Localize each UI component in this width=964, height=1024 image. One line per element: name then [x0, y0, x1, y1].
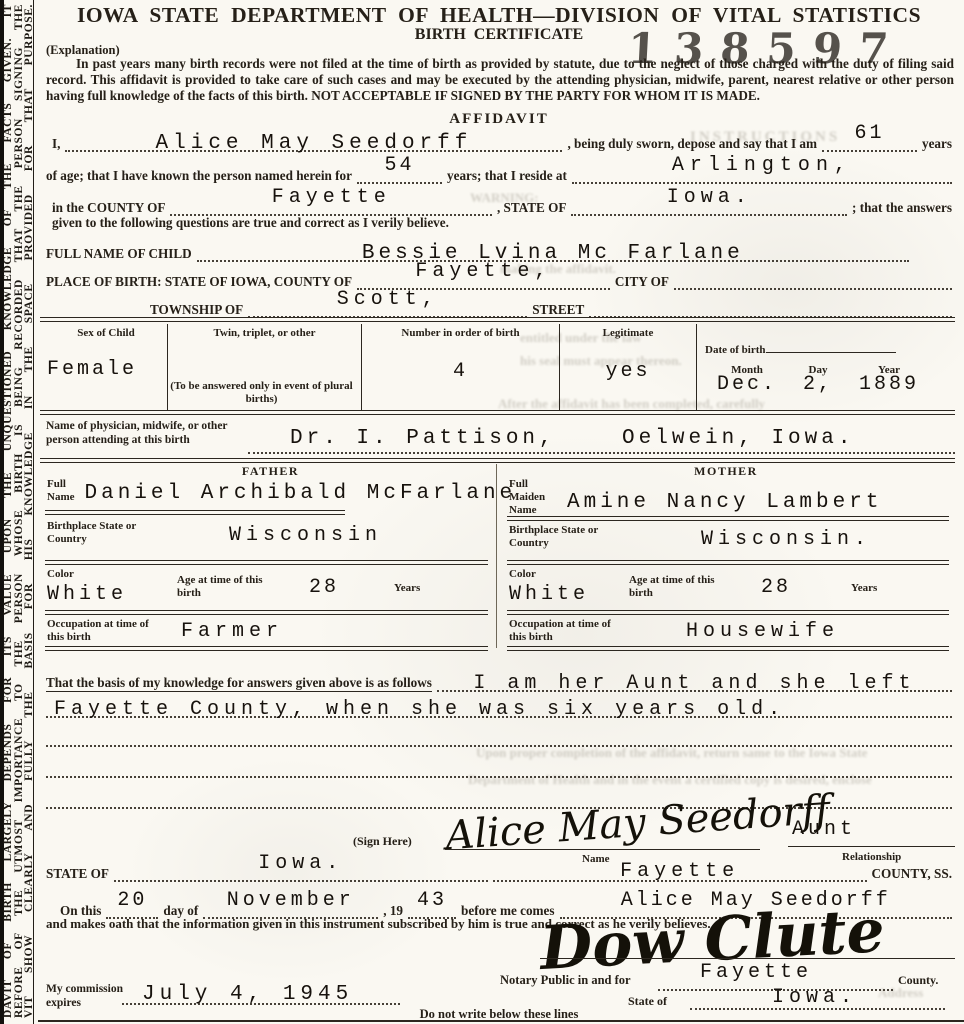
affidavit-line-2: of age; that I have known the person nam…: [46, 156, 952, 184]
child-name-field: Bessie Lvina Mc Farlane: [197, 239, 909, 262]
mother-birthplace-label: Birthplace State or Country: [509, 524, 621, 550]
twin-note: (To be answered only in event of plural …: [168, 380, 355, 406]
notary-public-label: Notary Public in and for: [500, 973, 631, 987]
explanation-label: (Explanation): [46, 43, 120, 57]
father-age-label: Age at time of this birth: [177, 574, 269, 600]
mother-age-unit: Years: [851, 582, 877, 595]
father-heading: FATHER: [45, 464, 496, 479]
age-field: 61: [822, 130, 917, 152]
date-parts: Month Dec. Day 2, Year 1889: [705, 364, 955, 399]
place-of-birth-row: PLACE OF BIRTH: STATE OF IOWA, COUNTY OF…: [46, 264, 952, 290]
mother-heading: MOTHER: [497, 464, 955, 479]
mother-occupation-value: Housewife: [686, 622, 839, 642]
margin-note: DAVIT OF BIRTH LARGELY DEPENDS FOR ITS V…: [3, 0, 35, 1018]
notary-day-value: 20: [117, 891, 147, 911]
township-row: TOWNSHIP OF Scott, STREET: [150, 292, 952, 318]
basis-answer-field: I am her Aunt and she left: [437, 670, 952, 692]
years-known-value: 54: [384, 156, 414, 176]
order-column: Number in order of birth 4: [362, 324, 560, 410]
legitimate-label: Legitimate: [560, 327, 696, 340]
father-birthplace-label: Birthplace State or Country: [47, 520, 159, 546]
known-text: of age; that I have known the person nam…: [46, 169, 352, 184]
mother-color-value: White: [509, 585, 589, 605]
father-name-label: Full Name: [47, 478, 75, 504]
bleedthrough-text: Department of Health and in the event a …: [468, 772, 872, 788]
basis-label: That the basis of my knowledge for answe…: [46, 676, 432, 692]
years-known-field: 54: [357, 162, 442, 184]
sign-here-label: (Sign Here): [353, 835, 412, 848]
notary-county-suffix: County.: [898, 974, 938, 987]
mother-column: MOTHER Full Maiden Name Amine Nancy Lamb…: [497, 464, 955, 648]
basis-answer-line2: Fayette County, when she was six years o…: [54, 700, 785, 720]
reside-text: years; that I reside at: [447, 169, 567, 184]
county-value-2: Fayette: [620, 862, 739, 882]
margin-note-line: DAVIT OF BIRTH LARGELY DEPENDS FOR ITS V…: [3, 4, 14, 1018]
father-name-rule: [45, 510, 345, 515]
street-label: STREET: [532, 303, 584, 318]
state-of-label: , STATE OF: [497, 201, 567, 216]
year-value: 1889: [859, 375, 919, 395]
county-value: Fayette: [272, 188, 391, 208]
i-label: I,: [52, 137, 60, 152]
father-birthplace-row: Birthplace State or Country Wisconsin: [47, 520, 486, 546]
mother-rule: [507, 610, 949, 615]
basis-answer-field-2: Fayette County, when she was six years o…: [46, 696, 952, 718]
order-label: Number in order of birth: [401, 327, 521, 340]
attendant-label: Name of physician, midwife, or other per…: [46, 420, 251, 447]
years-label: years: [922, 137, 952, 152]
relationship-line: [788, 846, 955, 847]
notary-month-value: November: [227, 891, 355, 911]
township-value: Scott,: [337, 290, 439, 310]
father-color-value: White: [47, 585, 127, 605]
order-value: 4: [453, 360, 468, 383]
parents-section: FATHER Full Name Daniel Archibald McFarl…: [45, 464, 955, 648]
mother-color-label: Color: [509, 568, 536, 581]
state-value-2: Iowa.: [258, 854, 343, 874]
mother-occupation-label: Occupation at time of this birth: [509, 618, 621, 644]
twin-label: Twin, triplet, or other: [210, 327, 320, 340]
mother-age-value: 28: [761, 578, 791, 598]
month-stack: Month Dec.: [717, 364, 777, 399]
state-county-row: STATE OF Iowa. Fayette COUNTY, SS.: [46, 860, 952, 882]
bottom-rule: [38, 1020, 964, 1022]
attendant-value: Dr. I. Pattison, Oelwein, Iowa.: [290, 427, 854, 450]
state-field: Iowa.: [571, 194, 847, 216]
father-age-unit: Years: [394, 582, 420, 595]
legitimate-value: yes: [605, 360, 650, 383]
street-field: [589, 296, 952, 318]
relationship-value-wrap: Aunt: [792, 820, 856, 840]
section-rule: [40, 410, 955, 415]
margin-divider-line: [33, 0, 34, 1024]
place-of-birth-label: PLACE OF BIRTH: STATE OF IOWA, COUNTY OF: [46, 275, 352, 290]
father-occupation-row: Occupation at time of this birth Farmer: [47, 618, 486, 644]
father-color-label: Color: [47, 568, 74, 581]
answers-text: ; that the answers: [852, 201, 952, 216]
father-rule: [45, 646, 488, 651]
mother-rule: [507, 646, 949, 651]
notary-county-value: Fayette: [700, 961, 812, 984]
deponent-name-field: Alice May Seedorff: [65, 129, 562, 152]
basis-row: That the basis of my knowledge for answe…: [46, 668, 952, 692]
state-field-2: Iowa.: [114, 860, 488, 882]
notary-state-wrap: Iowa.: [772, 988, 857, 1008]
scanned-birth-certificate: DAVIT OF BIRTH LARGELY DEPENDS FOR ITS V…: [0, 0, 964, 1024]
notary-state-value: Iowa.: [772, 986, 857, 1009]
county-field-2: Fayette: [493, 860, 867, 882]
father-name-value: Daniel Archibald McFarlane: [85, 483, 517, 504]
attendant-value-wrap: Dr. I. Pattison, Oelwein, Iowa.: [290, 428, 854, 449]
order-value-wrap: 4: [362, 362, 559, 382]
affidavit-line-1: I, Alice May Seedorff , being duly sworn…: [52, 122, 952, 152]
commission-date-wrap: July 4, 1945: [142, 984, 353, 1005]
date-label-wrap: Date of birth: [705, 340, 955, 358]
mother-name-label: Full Maiden Name: [509, 478, 557, 517]
child-name-row: FULL NAME OF CHILD Bessie Lvina Mc Farla…: [46, 236, 909, 262]
notary-signature-line: [540, 958, 955, 959]
mother-color-stack: Color White: [509, 568, 589, 603]
section-rule: [40, 458, 955, 463]
sex-column: Sex of Child Female: [45, 324, 168, 410]
section-rule: [40, 317, 955, 322]
month-value: Dec.: [717, 375, 777, 395]
signature-line: [445, 849, 760, 850]
date-of-birth-label: Date of birth: [705, 344, 766, 356]
mother-birthplace-value: Wisconsin.: [701, 530, 871, 550]
blank-line: [46, 776, 952, 778]
legitimate-value-wrap: yes: [560, 362, 696, 382]
answers-text-2: given to the following questions are tru…: [52, 216, 449, 231]
bleedthrough-text: Upon proper completion of the affidavit,…: [476, 745, 867, 761]
mother-name-rule: [507, 516, 949, 521]
notary-year-value: 43: [417, 891, 447, 911]
sex-label: Sex of Child: [76, 327, 136, 340]
affidavit-line-3: in the COUNTY OF Fayette , STATE OF Iowa…: [52, 188, 952, 216]
father-age-value: 28: [309, 578, 339, 598]
sex-value-wrap: Female: [47, 360, 137, 380]
mother-rule: [507, 560, 949, 565]
blank-line: [46, 745, 952, 747]
mother-age-label: Age at time of this birth: [629, 574, 721, 600]
year-stack: Year 1889: [859, 364, 919, 399]
township-label: TOWNSHIP OF: [150, 303, 243, 318]
deponent-name-value: Alice May Seedorff: [156, 133, 473, 154]
father-color-stack: Color White: [47, 568, 127, 603]
explanation-paragraph: In past years many birth records were no…: [46, 56, 954, 103]
county-field: Fayette: [170, 194, 491, 216]
county-ss-label: COUNTY, SS.: [872, 867, 953, 882]
sworn-text: , being duly sworn, depose and say that …: [567, 137, 817, 152]
mother-color-age-row: Color White Age at time of this birth 28…: [509, 568, 949, 603]
father-rule: [45, 560, 488, 565]
father-occupation-label: Occupation at time of this birth: [47, 618, 159, 644]
father-occupation-value: Farmer: [181, 622, 283, 642]
sex-value: Female: [47, 358, 137, 381]
age-value: 61: [854, 124, 884, 144]
twin-column: Twin, triplet, or other (To be answered …: [168, 324, 362, 410]
township-field: Scott,: [248, 296, 527, 318]
county-of-label: in the COUNTY OF: [52, 201, 165, 216]
birth-county-value: Fayette,: [415, 262, 551, 282]
day-value: 2,: [803, 375, 833, 395]
basis-row-2: Fayette County, when she was six years o…: [46, 694, 952, 718]
father-birthplace-value: Wisconsin: [229, 526, 382, 546]
date-label-line: [766, 352, 896, 353]
mother-name-value: Amine Nancy Lambert: [567, 492, 882, 513]
birth-county-field: Fayette,: [357, 268, 610, 290]
city-of-label: CITY OF: [615, 275, 669, 290]
commission-date-value: July 4, 1945: [142, 983, 353, 1006]
notary-county-wrap: Fayette: [700, 963, 812, 983]
day-stack: Day 2,: [803, 364, 833, 399]
legitimate-column: Legitimate yes: [560, 324, 697, 410]
father-color-age-row: Color White Age at time of this birth 28…: [47, 568, 486, 603]
father-name-row: Full Name Daniel Archibald McFarlane: [47, 478, 486, 504]
attendant-line: [248, 452, 955, 454]
birth-details-table: Sex of Child Female Twin, triplet, or ot…: [45, 324, 955, 410]
state-value: Iowa.: [667, 188, 752, 208]
child-name-label: FULL NAME OF CHILD: [46, 247, 192, 262]
basis-answer-line1: I am her Aunt and she left: [473, 674, 915, 694]
mother-name-row: Full Maiden Name Amine Nancy Lambert: [509, 478, 949, 517]
mother-birthplace-row: Birthplace State or Country Wisconsin.: [509, 524, 949, 550]
residence-field: Arlington,: [572, 162, 952, 184]
father-column: FATHER Full Name Daniel Archibald McFarl…: [45, 464, 497, 648]
father-rule: [45, 610, 488, 615]
state-of-label-2: STATE OF: [46, 867, 109, 882]
mother-occupation-row: Occupation at time of this birth Housewi…: [509, 618, 949, 644]
relationship-value: Aunt: [792, 818, 856, 841]
date-column: Date of birth Month Dec. Day 2, Year 188…: [697, 324, 955, 410]
city-field: [674, 268, 952, 290]
residence-value: Arlington,: [672, 156, 852, 176]
